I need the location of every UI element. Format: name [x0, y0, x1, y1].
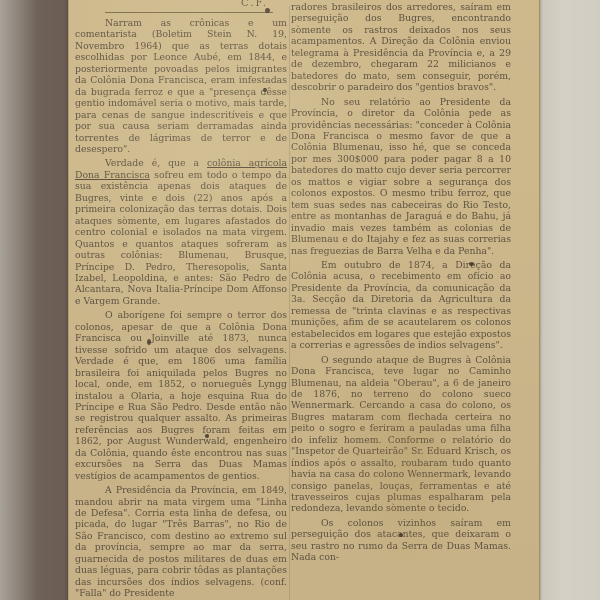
- paragraph: radores brasileiros dos arredores, saíra…: [291, 2, 511, 94]
- paragraph: Verdade é, que a colônia agrícola Dona F…: [75, 158, 287, 307]
- paragraph: No seu relatório ao Presidente da Provín…: [291, 97, 511, 257]
- paragraph: Narram as crônicas e um comentarista (Bo…: [75, 18, 287, 155]
- paragraph: Em outubro de 1874, a Direção da Colônia…: [291, 260, 511, 352]
- background-left-fabric: [0, 0, 68, 600]
- paragraph: A Presidência da Província, em 1849, man…: [75, 485, 287, 600]
- paragraph: Os colonos vizinhos saíram em perseguiçã…: [291, 518, 511, 564]
- ink-spot: [205, 434, 209, 438]
- text-column-left: Narram as crônicas e um comentarista (Bo…: [75, 18, 287, 600]
- ink-spot: [469, 262, 474, 266]
- ink-spot: [399, 533, 403, 537]
- paragraph-rest: sofreu em todo o tempo da sua existência…: [75, 170, 287, 307]
- paragraph-lead: Verdade é, que a: [105, 158, 207, 169]
- column-divider: [289, 6, 290, 600]
- author-initials: C.F.: [241, 0, 268, 9]
- newspaper-clipping: C.F. Narram as crônicas e um comentarist…: [68, 0, 540, 600]
- ink-spot: [265, 8, 270, 13]
- ink-spot: [147, 339, 151, 345]
- paragraph: O aborígene foi sempre o terror dos colo…: [75, 310, 287, 482]
- paragraph: O segundo ataque de Bugres à Colônia Don…: [291, 355, 511, 515]
- text-column-right: radores brasileiros dos arredores, saíra…: [291, 2, 511, 564]
- background-right-board: [538, 0, 600, 600]
- header-rule: [105, 12, 273, 13]
- ink-spot: [263, 88, 267, 92]
